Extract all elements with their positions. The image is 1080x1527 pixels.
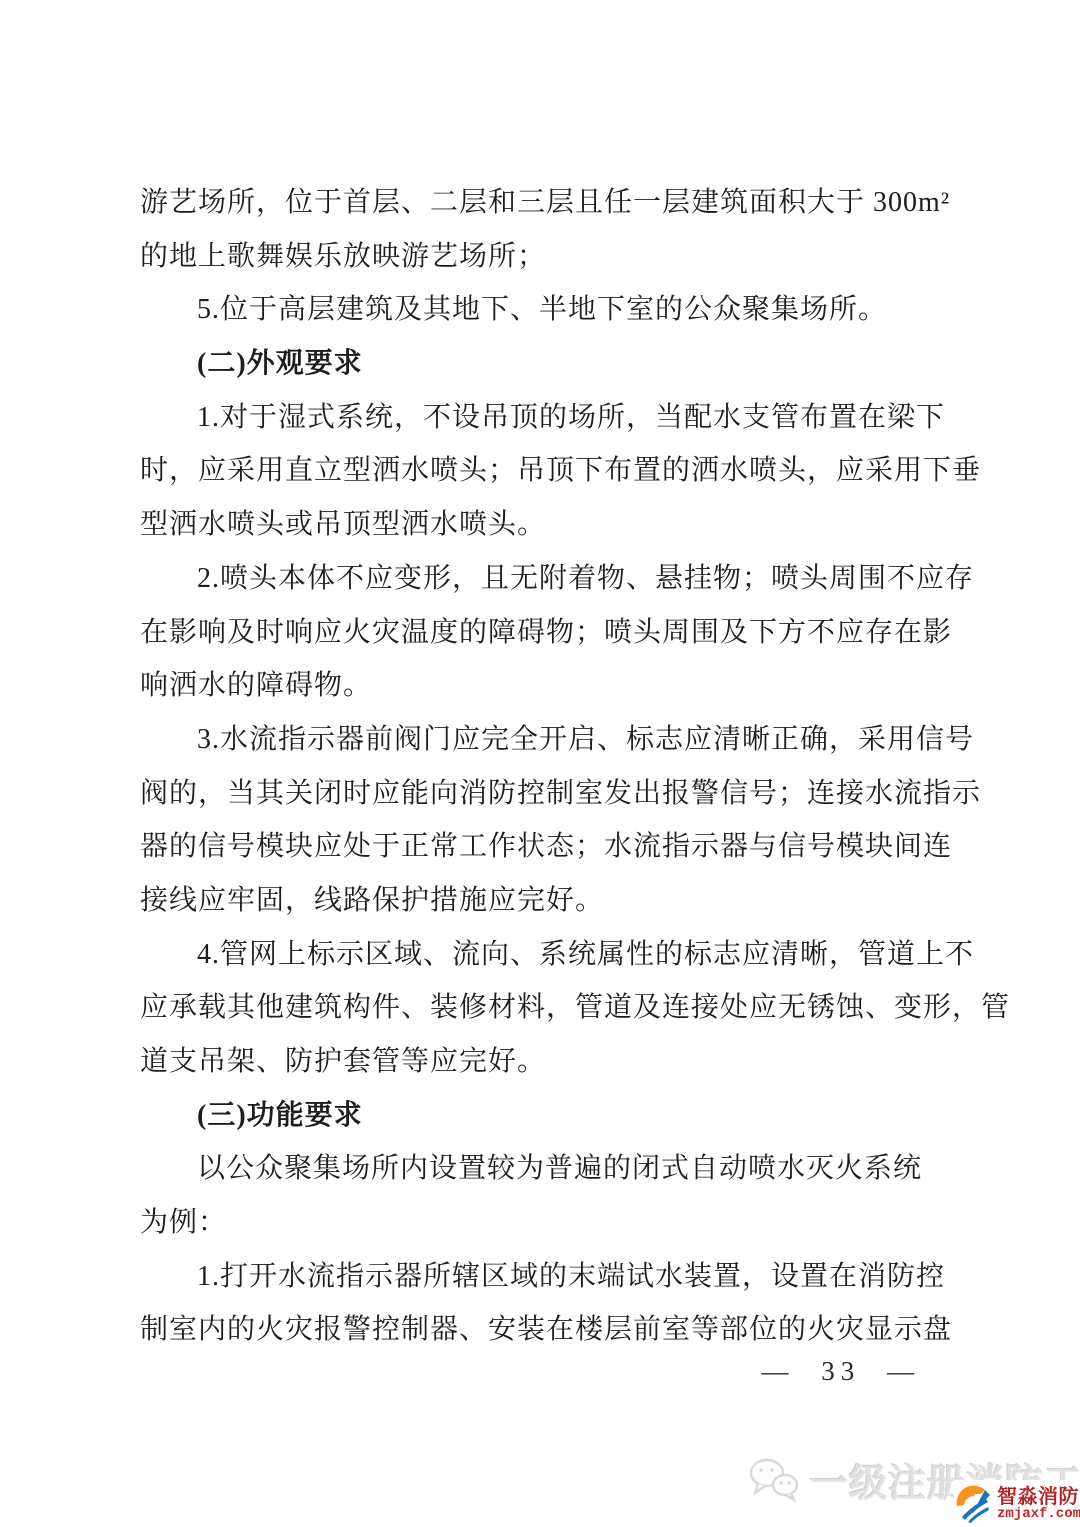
text-line: 道支吊架、防护套管等应完好。: [140, 1035, 942, 1089]
page-number: — 33 —: [762, 1356, 921, 1387]
text-line: 在影响及时响应火灾温度的障碍物；喷头周围及下方不应存在影: [140, 606, 942, 660]
text-line: 1.打开水流指示器所辖区域的末端试水装置，设置在消防控: [140, 1250, 942, 1304]
text-line: 时，应采用直立型洒水喷头；吊顶下布置的洒水喷头，应采用下垂: [140, 444, 942, 498]
text-line: 型洒水喷头或吊顶型洒水喷头。: [140, 498, 942, 552]
text-line: 2.喷头本体不应变形，且无附着物、悬挂物；喷头周围不应存: [140, 552, 942, 606]
document-page: 游艺场所，位于首层、二层和三层且任一层建筑面积大于 300m²的地上歌舞娱乐放映…: [0, 0, 1080, 1527]
text-line: 1.对于湿式系统，不设吊顶的场所，当配水支管布置在梁下: [140, 391, 942, 445]
text-line: 接线应牢固，线路保护措施应完好。: [140, 874, 942, 928]
text-line: 器的信号模块应处于正常工作状态；水流指示器与信号模块间连: [140, 820, 942, 874]
text-line: 4.管网上标示区域、流向、系统属性的标志应清晰，管道上不: [140, 928, 942, 982]
text-line: 5.位于高层建筑及其地下、半地下室的公众聚集场所。: [140, 283, 942, 337]
zhimiao-fire-logo-icon: [954, 1484, 994, 1524]
document-body: 游艺场所，位于首层、二层和三层且任一层建筑面积大于 300m²的地上歌舞娱乐放映…: [140, 176, 942, 1357]
text-line: 的地上歌舞娱乐放映游艺场所；: [140, 230, 942, 284]
text-line: 阀的，当其关闭时应能向消防控制室发出报警信号；连接水流指示: [140, 767, 942, 821]
site-logo: 智淼消防 zmjaxf.com: [954, 1480, 1080, 1527]
text-line: 应承载其他建筑构件、装修材料，管道及连接处应无锈蚀、变形，管: [140, 981, 942, 1035]
text-line: 响洒水的障碍物。: [140, 659, 942, 713]
text-line: 3.水流指示器前阀门应完全开启、标志应清晰正确，采用信号: [140, 713, 942, 767]
text-line: 游艺场所，位于首层、二层和三层且任一层建筑面积大于 300m²: [140, 176, 942, 230]
text-line: 以公众聚集场所内设置较为普遍的闭式自动喷水灭火系统: [140, 1142, 942, 1196]
wechat-icon: [748, 1457, 800, 1503]
brand-name: 智淼消防: [997, 1487, 1080, 1507]
section-heading: (二)外观要求: [140, 337, 942, 391]
section-heading: (三)功能要求: [140, 1089, 942, 1143]
text-line: 为例：: [140, 1196, 942, 1250]
brand-url: zmjaxf.com: [997, 1507, 1080, 1521]
text-line: 制室内的火灾报警控制器、安装在楼层前室等部位的火灾显示盘: [140, 1303, 942, 1357]
